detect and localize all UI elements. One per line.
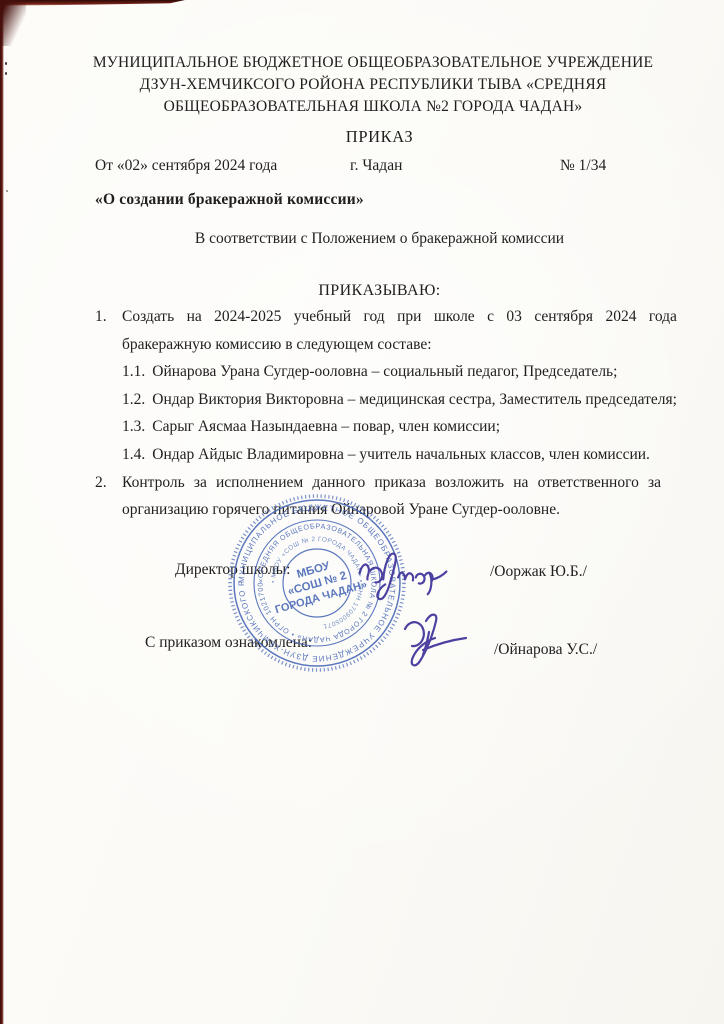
document-number: № 1/34 — [560, 157, 606, 175]
scanned-order-document: МУНИЦИПАЛЬНОЕ БЮДЖЕТНОЕ ОБЩЕОБРАЗОВАТЕЛЬ… — [0, 0, 724, 1024]
resolution-keyword: ПРИКАЗЫВАЮ: — [95, 282, 664, 300]
preamble-text: В соответствии с Положением о бракеражно… — [95, 230, 664, 248]
order-item-number: 2. — [95, 469, 122, 524]
organization-header-line: ДЗУН-ХЕМЧИКСОГО РОЙОНА РЕСПУБЛИКИ ТЫВА «… — [70, 74, 676, 96]
scan-edge-top — [0, 0, 185, 6]
scan-speck — [6, 190, 8, 192]
subitem-number: 1.3. — [122, 418, 145, 435]
scan-speck — [5, 72, 7, 75]
organization-header-line: МУНИЦИПАЛЬНОЕ БЮДЖЕТНОЕ ОБЩЕОБРАЗОВАТЕЛЬ… — [70, 52, 676, 74]
document-type-title: ПРИКАЗ — [95, 127, 664, 147]
subitem-number: 1.4. — [122, 446, 145, 463]
order-item-line: Создать на 2024-2025 учебный год при шко… — [122, 303, 677, 331]
order-items-list: 1. Создать на 2024-2025 учебный год при … — [95, 303, 661, 524]
order-item-1: 1. Создать на 2024-2025 учебный год при … — [95, 303, 661, 469]
document-date: От «02» сентября 2024 года — [95, 157, 277, 175]
commission-member-text: Ойнарова Урана Сугдер-ооловна – социальн… — [152, 363, 617, 380]
commission-member-row: 1.3.Сарыг Аясмаа Назындаевна – повар, чл… — [122, 413, 677, 441]
commission-member-text: Ондар Виктория Викторовна – медицинская … — [152, 391, 677, 408]
commission-member-row: 1.1.Ойнарова Урана Сугдер-ооловна – соци… — [122, 358, 677, 386]
organization-header-line: ОБЩЕОБРАЗОВАТЕЛЬНАЯ ШКОЛА №2 ГОРОДА ЧАДА… — [70, 96, 676, 118]
commission-member-row: 1.4.Ондар Айдыс Владимировна – учитель н… — [122, 441, 677, 469]
scan-edge-left — [0, 0, 4, 1024]
order-item-body: Создать на 2024-2025 учебный год при шко… — [122, 303, 677, 469]
order-item-line: бракеражную комиссию в следующем составе… — [122, 331, 677, 359]
acknowledgement-signature-ink — [392, 607, 470, 679]
document-subject: «О создании бракеражной комиссии» — [95, 191, 364, 209]
acknowledged-name: /Ойнарова У.С./ — [494, 641, 597, 659]
document-place: г. Чадан — [350, 157, 402, 175]
subitem-number: 1.1. — [122, 363, 145, 380]
subitem-number: 1.2. — [122, 391, 145, 408]
commission-members-list: 1.1.Ойнарова Урана Сугдер-ооловна – соци… — [122, 358, 677, 468]
commission-member-text: Сарыг Аясмаа Назындаевна – повар, член к… — [152, 418, 500, 435]
commission-member-text: Ондар Айдыс Владимировна – учитель начал… — [152, 446, 650, 463]
director-name: /Ооржак Ю.Б./ — [490, 563, 587, 581]
commission-member-row: 1.2.Ондар Виктория Викторовна – медицинс… — [122, 386, 677, 414]
scan-corner-artifact — [0, 0, 26, 46]
director-signature-ink — [352, 538, 454, 612]
scan-speck — [5, 62, 7, 65]
organization-header: МУНИЦИПАЛЬНОЕ БЮДЖЕТНОЕ ОБЩЕОБРАЗОВАТЕЛЬ… — [70, 52, 676, 118]
order-item-number: 1. — [95, 303, 122, 469]
